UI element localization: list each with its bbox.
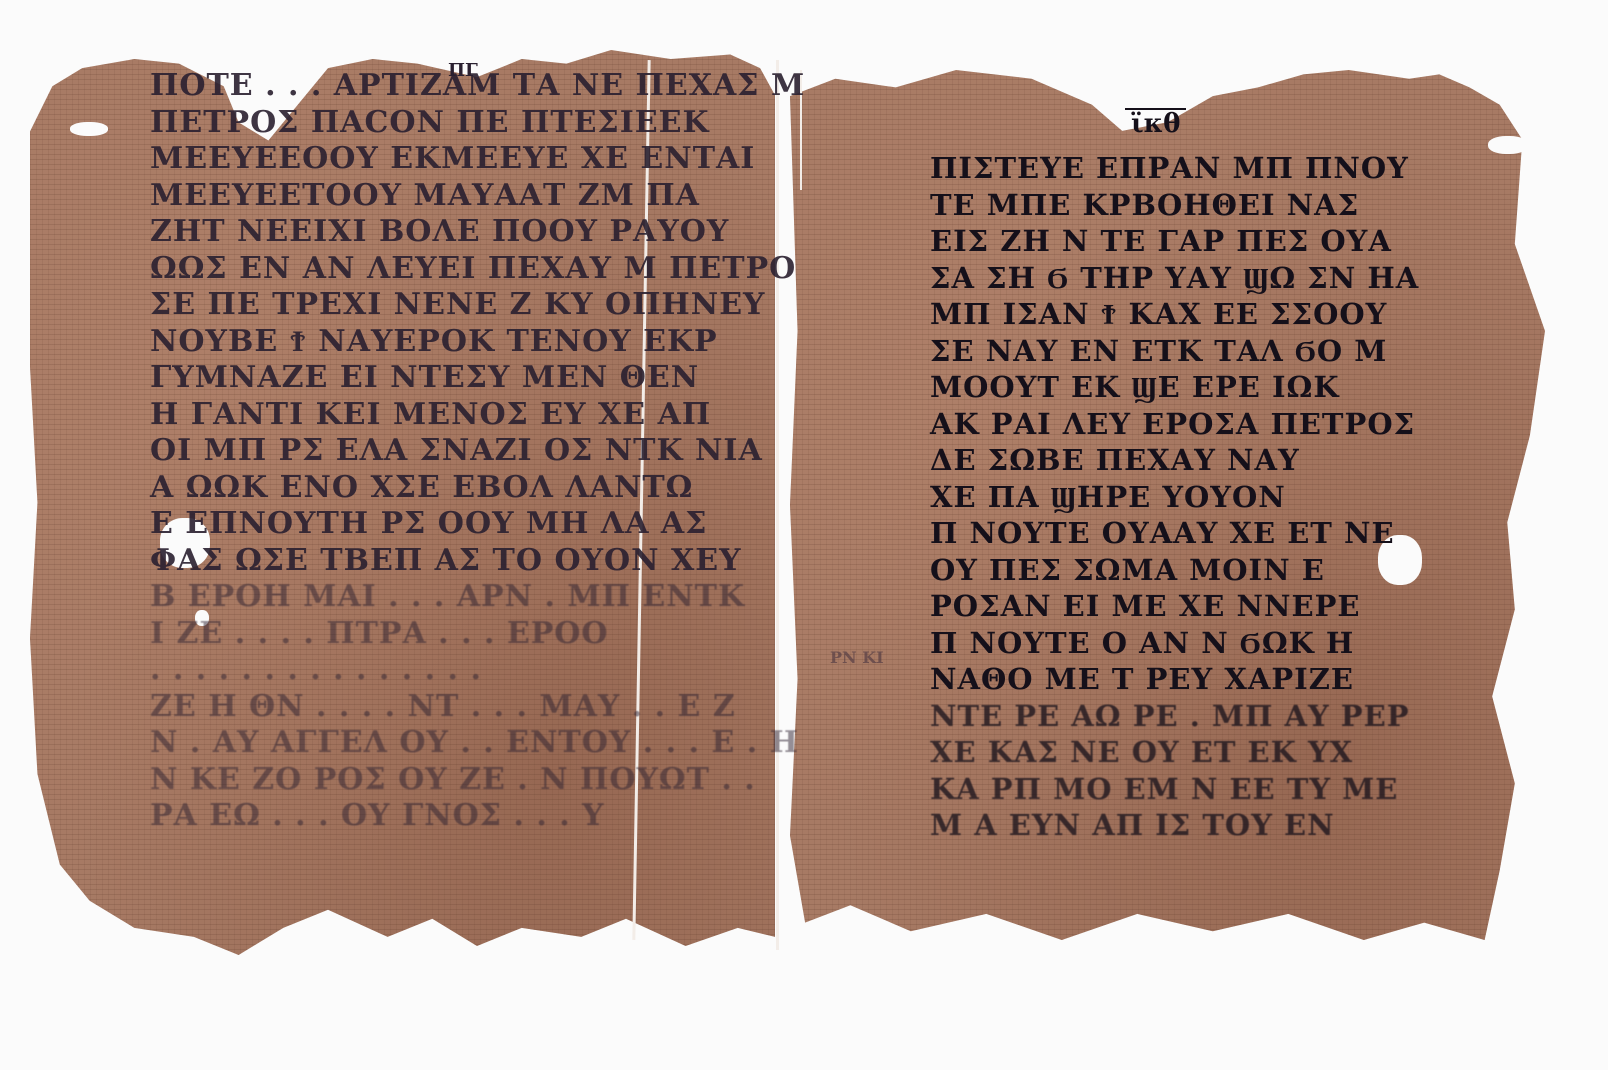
text-line: . . . . . . . . . . . . . . . — [150, 652, 805, 689]
text-line: ΜΕΕΥΕΕΟΟΥ ΕΚΜΕΕΥΕ ΧΕ ΕΝΤΑΙ — [150, 141, 805, 178]
text-line: ΣΕ ΝΑΥ ΕΝ ΕΤΚ ΤΑΛ ϬΟ Μ — [930, 333, 1419, 370]
text-line: ΜΕΕΥΕΕΤΟΟΥ ΜΑΥΑΑΤ ΖΜ ΠΑ — [150, 178, 805, 215]
text-line: Α ΩΩΚ ΕΝΟ ΧΣΕ ΕΒΟΛ ΛΑΝΤΩ — [150, 470, 805, 507]
text-line: ΝΑΘΟ ΜΕ Τ ΡΕΥ ΧΑΡΙΖΕ — [930, 661, 1419, 698]
text-line: Β ΕΡΟΗ ΜΑΙ . . . ΑΡΝ . ΜΠ ΕΝΤΚ — [150, 579, 805, 616]
text-line: ΡΟΣΑΝ ΕΙ ΜΕ ΧΕ ΝΝΕΡΕ — [930, 588, 1419, 625]
text-line: Ε ΕΠΝΟΥΤΗ ΡΣ ΟΟΥ ΜΗ ΛΑ ΑΣ — [150, 506, 805, 543]
text-line: ΝΤΕ ΡΕ ΑΩ ΡΕ . ΜΠ ΑΥ ΡΕΡ — [930, 698, 1419, 735]
text-line: ΧΕ ΚΑΣ ΝΕ ΟΥ ΕΤ ΕΚ ΥΧ — [930, 734, 1419, 771]
text-line: ΣΕ ΠΕ ΤΡΕΧΙ ΝΕΝΕ Ζ ΚΥ ΟΠΗΝΕΥ — [150, 287, 805, 324]
text-line: ΠΟΤΕ . . . ΑΡΤΙΖΑΜ ΤΑ ΝΕ ΠΕΧΑΣ Μ — [150, 68, 805, 105]
page-number-right: ϊκθ — [1125, 108, 1186, 138]
text-line: ΚΑ ΡΠ ΜΟ ΕΜ Ν ΕΕ ΤΥ ΜΕ — [930, 771, 1419, 808]
text-line: ΜΠ ΙΣΑΝ ϯ ΚΑΧ ΕΕ ΣΣΟΟΥ — [930, 296, 1419, 333]
text-line: ΓΥΜΝΑΖΕ ΕΙ ΝΤΕΣΥ ΜΕΝ ΘΕΝ — [150, 360, 805, 397]
left-text-column: ΠΟΤΕ . . . ΑΡΤΙΖΑΜ ΤΑ ΝΕ ΠΕΧΑΣ Μ ΠΕΤΡΟΣ … — [150, 68, 805, 835]
center-margin-mark: ΡΝ ΚΙ — [830, 648, 884, 667]
text-line: Π ΝΟΥΤΕ Ο ΑΝ Ν ϬΩΚ Η — [930, 625, 1419, 662]
text-line: ΟΙ ΜΠ ΡΣ ΕΛΑ ΣΝΑΖΙ ΟΣ ΝΤΚ ΝΙΑ — [150, 433, 805, 470]
text-line: ΑΚ ΡΑΙ ΛΕΥ ΕΡΟΣΑ ΠΕΤΡΟΣ — [930, 406, 1419, 443]
text-line: ΣΑ ΣΗ ϭ ΤΗΡ ΥΑΥ ϢΩ ΣΝ ΗΑ — [930, 260, 1419, 297]
text-line: ΝΟΥΒΕ ϯ ΝΑΥΕΡΟΚ ΤΕΝΟΥ ΕΚΡ — [150, 324, 805, 361]
text-line: ΩΩΣ ΕΝ ΑΝ ΛΕΥΕΙ ΠΕΧΑΥ Μ ΠΕΤΡΟ — [150, 251, 805, 288]
text-line: ΜΟΟΥΤ ΕΚ ϢΕ ΕΡΕ ΙΩΚ — [930, 369, 1419, 406]
text-line: ΦΑΣ ΩΣΕ ΤΒΕΠ ΑΣ ΤΟ ΟΥΟΝ ΧΕΥ — [150, 543, 805, 580]
text-line: ΧΕ ΠΑ ϢΗΡΕ ΥΟΥΟΝ — [930, 479, 1419, 516]
text-line: ΖΕ Η ΘΝ . . . . ΝΤ . . . ΜΑΥ . . Ε Ζ — [150, 689, 805, 726]
text-line: ΟΥ ΠΕΣ ΣΩΜΑ ΜΟΙΝ Ε — [930, 552, 1419, 589]
text-line: ΔΕ ΣΩΒΕ ΠΕΧΑΥ ΝΑΥ — [930, 442, 1419, 479]
text-line: ΠΙΣΤΕΥΕ ΕΠΡΑΝ ΜΠ ΠΝΟΥ — [930, 150, 1419, 187]
hole-left-top — [70, 122, 108, 136]
text-line: Π ΝΟΥΤΕ ΟΥΑΑΥ ΧΕ ΕΤ ΝΕ — [930, 515, 1419, 552]
hole-right-top — [1488, 136, 1528, 154]
text-line: Ι ΖΕ . . . . ΠΤΡΑ . . . ΕΡΟΟ — [150, 616, 805, 653]
text-line: Μ Α ΕΥΝ ΑΠ ΙΣ ΤΟΥ ΕΝ — [930, 807, 1419, 844]
right-text-column: ΠΙΣΤΕΥΕ ΕΠΡΑΝ ΜΠ ΠΝΟΥ ΤΕ ΜΠΕ ΚΡΒΟΗΘΕΙ ΝΑ… — [930, 150, 1419, 844]
text-line: ΠΕΤΡΟΣ ΠΑCΟΝ ΠΕ ΠΤΕΣΙΕΕΚ — [150, 105, 805, 142]
text-line: ΖΗΤ ΝΕΕΙΧΙ ΒΟΛΕ ΠΟΟΥ ΡΑΥΟΥ — [150, 214, 805, 251]
text-line: Η ΓΑΝΤΙ ΚΕΙ ΜΕΝΟΣ ΕΥ ΧΕ ΑΠ — [150, 397, 805, 434]
text-line: Ν . ΑΥ ΑΓΓΕΛ ΟΥ . . ΕΝΤΟΥ . . . Ε . Η — [150, 725, 805, 762]
text-line: ΕΙΣ ΖΗ Ν ΤΕ ΓΑΡ ΠΕΣ ΟΥΑ — [930, 223, 1419, 260]
text-line: ΤΕ ΜΠΕ ΚΡΒΟΗΘΕΙ ΝΑΣ — [930, 187, 1419, 224]
text-line: Ν ΚΕ ΖΟ ΡΟΣ ΟΥ ΖΕ . Ν ΠΟΥΩΤ . . — [150, 762, 805, 799]
text-line: ΡΑ ΕΩ . . . ΟΥ ΓΝΟΣ . . . Υ — [150, 798, 805, 835]
